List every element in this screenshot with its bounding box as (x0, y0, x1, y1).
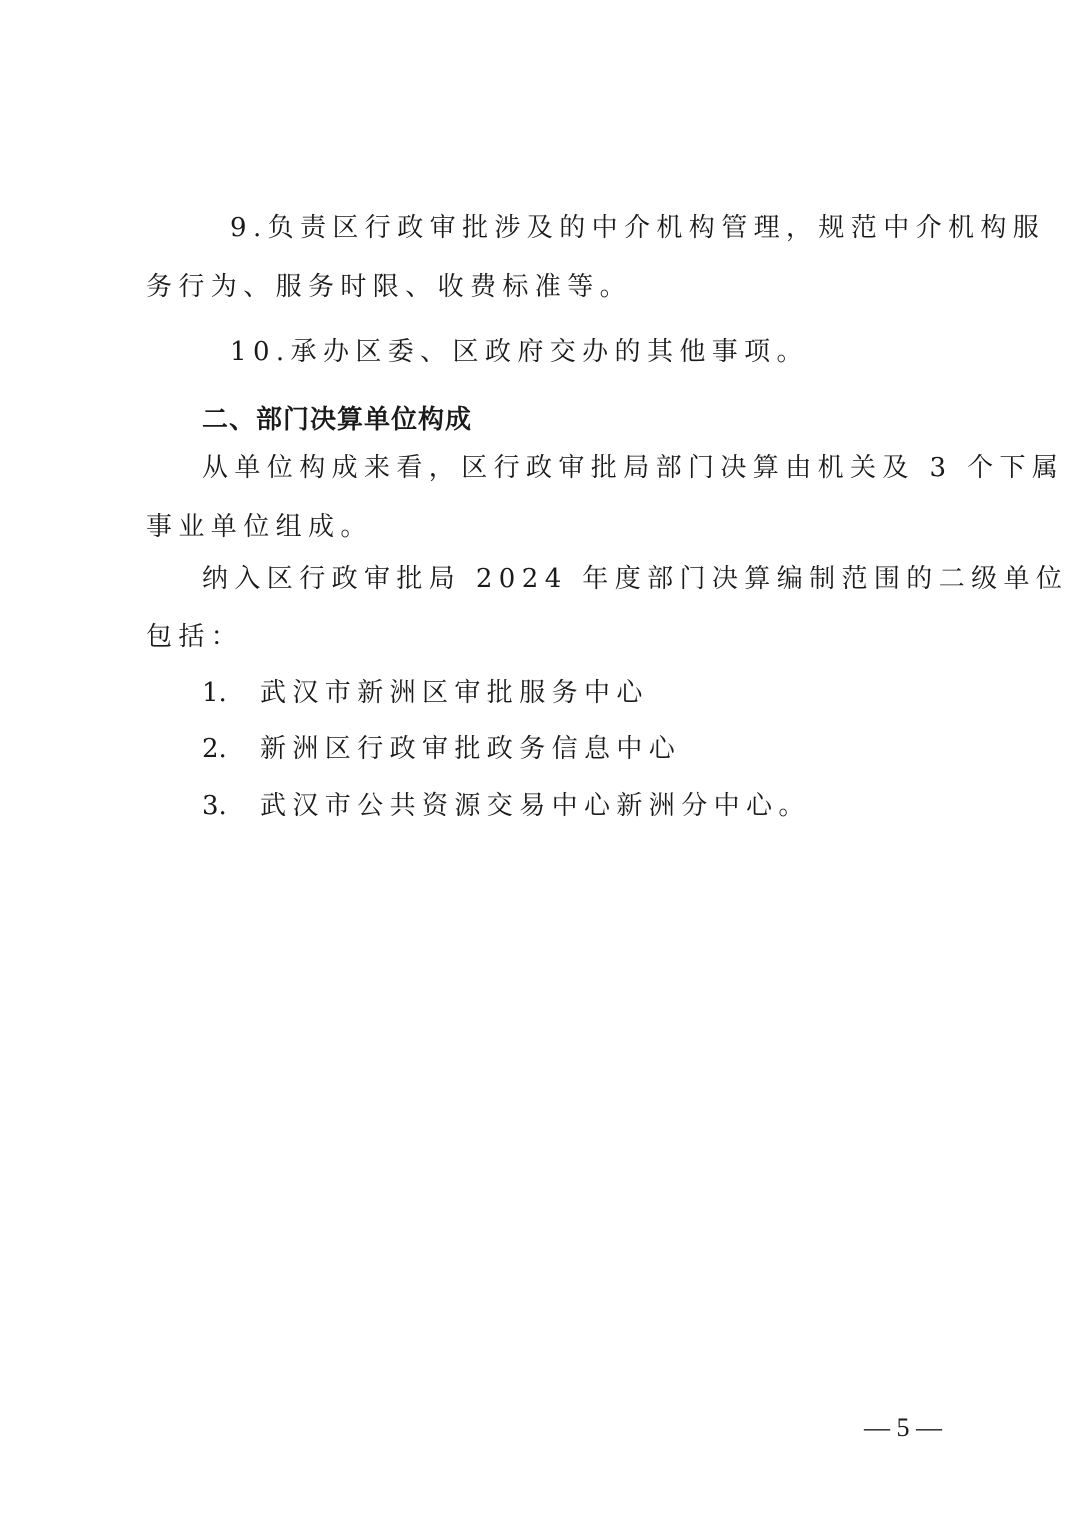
unit-name: 新洲区行政审批政务信息中心 (260, 733, 681, 765)
paragraph-item-10: 10.承办区委、区政府交办的其他事项。 (230, 336, 809, 368)
paragraph-item-9-line-2: 务行为、服务时限、收费标准等。 (146, 271, 632, 303)
paragraph-composition-line-2: 事业单位组成。 (146, 511, 373, 543)
paragraph-scope-line-2: 包括： (146, 621, 243, 653)
list-number: 3. (202, 790, 227, 822)
list-number: 1. (202, 677, 227, 709)
list-number: 2. (202, 733, 227, 765)
paragraph-composition-line-1: 从单位构成来看，区行政审批局部门决算由机关及 3 个下属 (202, 452, 1064, 484)
paragraph-scope-line-1: 纳入区行政审批局 2024 年度部门决算编制范围的二级单位 (202, 563, 1068, 595)
section-heading: 二、部门决算单位构成 (202, 404, 472, 436)
page-number: — 5 — (864, 1413, 942, 1443)
document-page: 9.负责区行政审批涉及的中介机构管理，规范中介机构服 务行为、服务时限、收费标准… (0, 0, 1074, 1520)
paragraph-item-9-line-1: 9.负责区行政审批涉及的中介机构管理，规范中介机构服 (230, 212, 1045, 244)
unit-name: 武汉市新洲区审批服务中心 (260, 677, 649, 709)
unit-name: 武汉市公共资源交易中心新洲分中心。 (260, 790, 811, 822)
